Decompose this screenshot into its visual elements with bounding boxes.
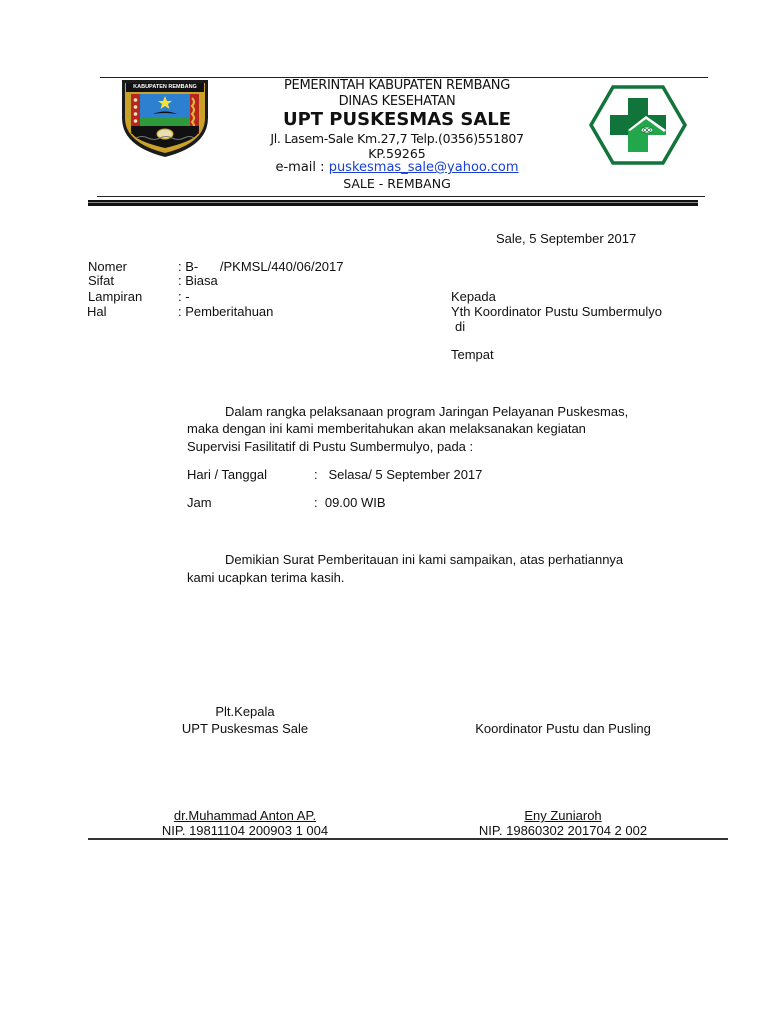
recipient-kepada: Kepada xyxy=(451,289,496,304)
schedule-time-label: Jam xyxy=(187,495,212,510)
meta-label: Nomer xyxy=(88,259,178,274)
meta-value: : B- /PKMSL/440/06/2017 xyxy=(178,259,343,274)
recipient-di: di xyxy=(455,319,465,334)
body-para1-line1: Dalam rangka pelaksanaan program Jaringa… xyxy=(225,404,628,419)
recipient-name: Yth Koordinator Pustu Sumbermulyo xyxy=(451,304,662,319)
meta-label: Sifat xyxy=(88,273,178,288)
signature-right-title: Koordinator Pustu dan Pusling xyxy=(453,721,673,736)
body-para2-line2: kami ucapkan terima kasih. xyxy=(187,570,345,585)
meta-value: : - xyxy=(178,289,190,304)
letterhead-line1: PEMERINTAH KABUPATEN REMBANG xyxy=(240,78,554,93)
schedule-day-label: Hari / Tanggal xyxy=(187,467,267,482)
date-place: Sale, 5 September 2017 xyxy=(496,231,636,246)
recipient-tempat: Tempat xyxy=(451,347,494,362)
meta-row-lampiran: Lampiran: - xyxy=(88,289,190,304)
letterhead-line2: DINAS KESEHATAN xyxy=(240,94,554,109)
email-link[interactable]: puskesmas_sale@yahoo.com xyxy=(329,160,519,175)
kabupaten-rembang-crest-icon: KABUPATEN REMBANG xyxy=(120,78,210,158)
letterhead-address: Jl. Lasem-Sale Km.27,7 Telp.(0356)551807 xyxy=(240,131,554,146)
meta-value: : Pemberitahuan xyxy=(178,304,273,319)
signature-left-title2: UPT Puskesmas Sale xyxy=(140,721,350,736)
letterhead-location: SALE - REMBANG xyxy=(240,176,554,191)
body-para2-line1: Demikian Surat Pemberitauan ini kami sam… xyxy=(225,552,623,567)
puskesmas-logo-icon xyxy=(588,84,688,166)
meta-row-hal: Hal: Pemberitahuan xyxy=(87,304,273,319)
signature-right-nip: NIP. 19860302 201704 2 002 xyxy=(453,823,673,838)
signature-left-title1: Plt.Kepala xyxy=(140,704,350,719)
schedule-time-value: : 09.00 WIB xyxy=(314,495,386,510)
letterhead-bottom-rule xyxy=(97,196,705,197)
signature-left-nip: NIP. 19811104 200903 1 004 xyxy=(140,823,350,838)
meta-label: Hal xyxy=(87,304,178,319)
schedule-day-value: : Selasa/ 5 September 2017 xyxy=(314,467,482,482)
letterhead-postcode: KP.59265 xyxy=(240,146,554,161)
meta-row-nomer: Nomer: B- /PKMSL/440/06/2017 xyxy=(88,259,343,274)
crest-banner-text: KABUPATEN REMBANG xyxy=(128,83,202,92)
email-label: e-mail : xyxy=(275,160,324,175)
letterhead-title: UPT PUSKESMAS SALE xyxy=(240,109,554,130)
letterhead-email-row: e-mail : puskesmas_sale@yahoo.com xyxy=(240,160,554,175)
letterhead-double-rule xyxy=(88,200,698,206)
meta-row-sifat: Sifat: Biasa xyxy=(88,273,218,288)
signature-left-name: dr.Muhammad Anton AP. xyxy=(140,808,350,823)
body-para1-line2: maka dengan ini kami memberitahukan akan… xyxy=(187,421,586,436)
body-para1-line3: Supervisi Fasilitatif di Pustu Sumbermul… xyxy=(187,439,473,454)
signature-bottom-rule xyxy=(88,838,728,840)
signature-right-name: Eny Zuniaroh xyxy=(453,808,673,823)
meta-value: : Biasa xyxy=(178,273,218,288)
meta-label: Lampiran xyxy=(88,289,178,304)
